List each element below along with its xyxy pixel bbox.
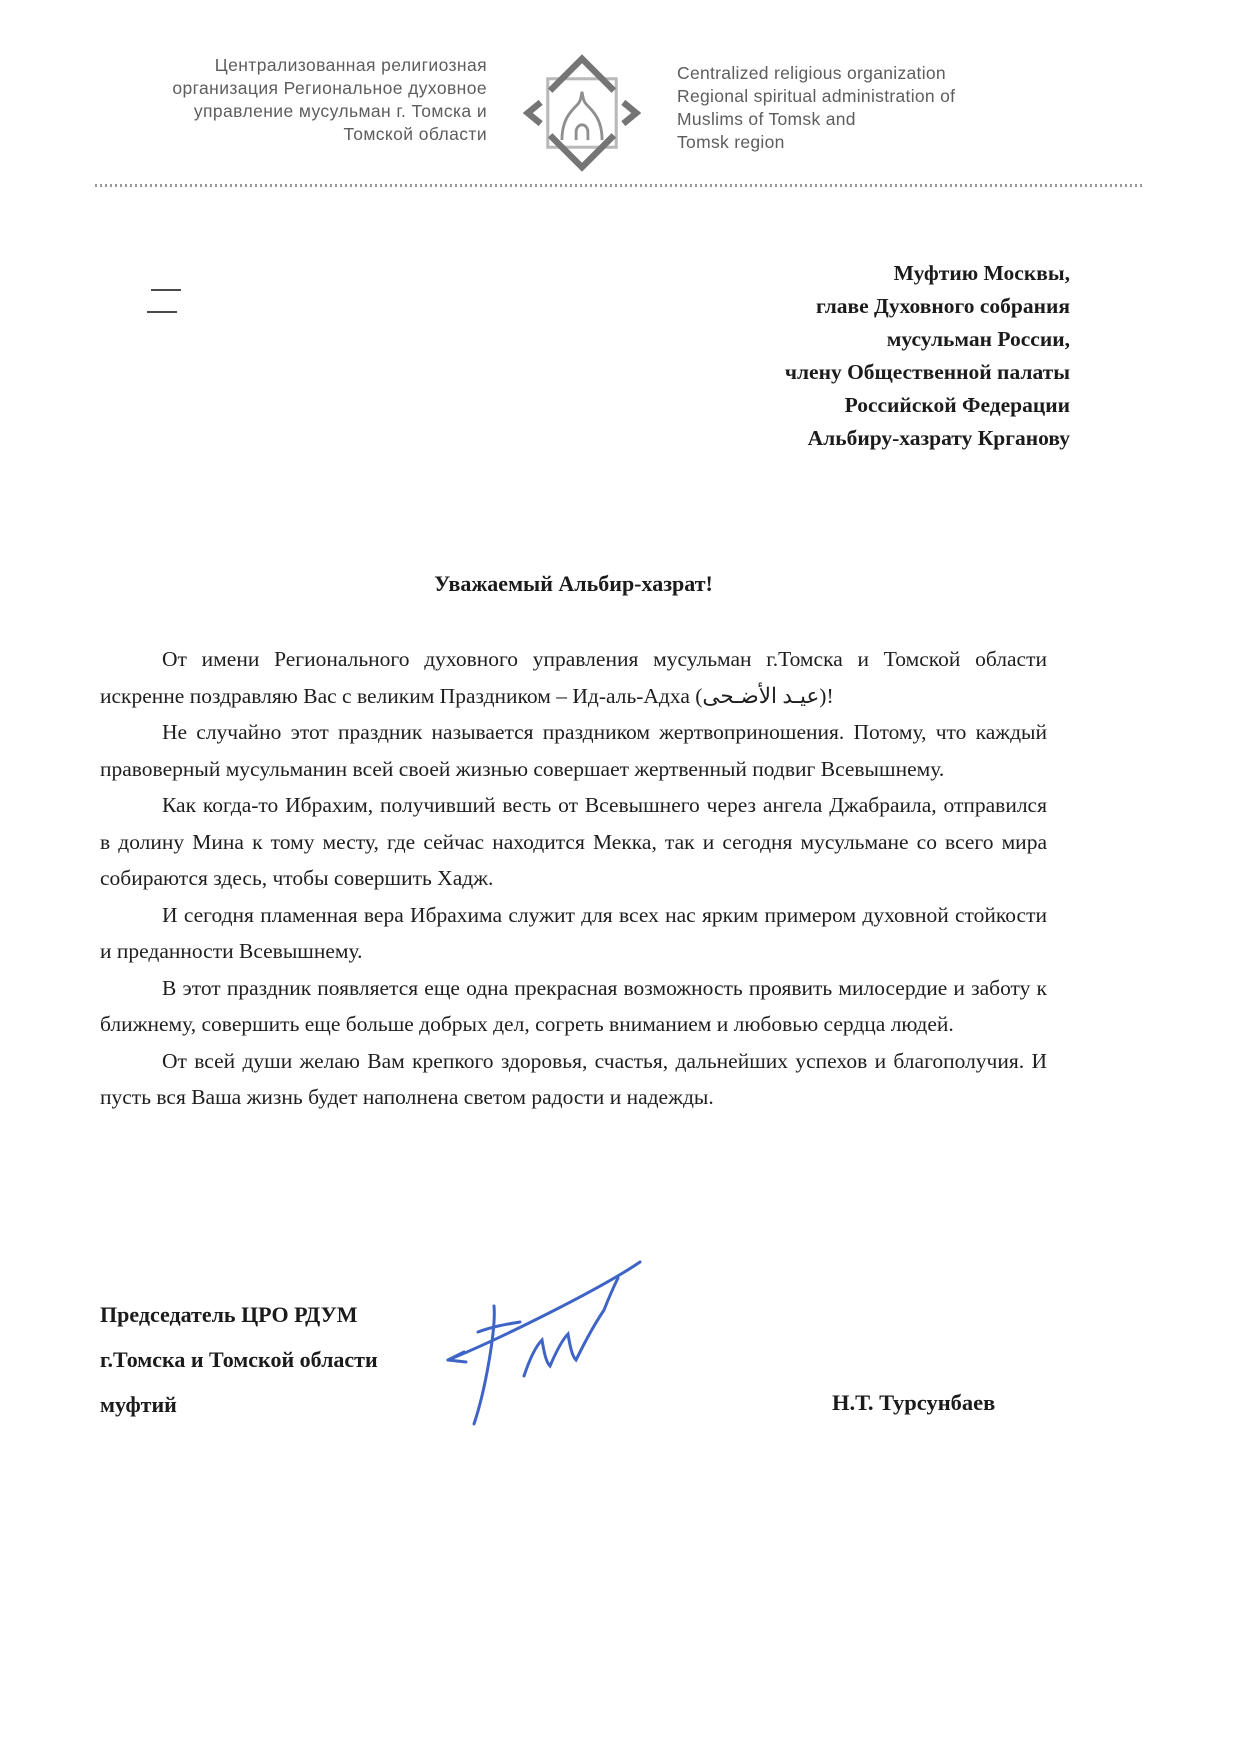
signatory-title-block: Председатель ЦРО РДУМ г.Томска и Томской… <box>100 1292 378 1427</box>
org-name-english: Centralized religious organization Regio… <box>677 54 1007 154</box>
letterhead: Централизованная религиозная организация… <box>0 0 1240 172</box>
mosque-emblem-icon <box>523 54 641 172</box>
org-name-russian-line: Томской области <box>142 123 487 146</box>
scan-dash-mark <box>147 311 177 313</box>
paragraph: Не случайно этот праздник называется пра… <box>100 714 1047 787</box>
letterhead-dotted-rule <box>95 184 1145 187</box>
recipient-block: Муфтию Москвы, главе Духовного собрания … <box>0 257 1070 455</box>
signatory-title-line: муфтий <box>100 1382 378 1427</box>
org-name-russian: Централизованная религиозная организация… <box>142 54 487 146</box>
org-name-russian-line: Централизованная религиозная <box>142 54 487 77</box>
recipient-line: мусульман России, <box>0 323 1070 356</box>
recipient-line: члену Общественной палаты <box>0 356 1070 389</box>
scanned-letter-page: { "header": { "org_name_ru": { "line1": … <box>0 0 1240 1754</box>
org-name-russian-line: организация Региональное духовное <box>142 77 487 100</box>
recipient-line: главе Духовного собрания <box>0 290 1070 323</box>
org-name-english-line: Centralized religious organization <box>677 62 1007 85</box>
org-name-russian-line: управление мусульман г. Томска и <box>142 100 487 123</box>
paragraph: Как когда-то Ибрахим, получивший весть о… <box>100 787 1047 897</box>
recipient-line: Альбиру-хазрату Крганову <box>0 422 1070 455</box>
signatory-name: Н.Т. Турсунбаев <box>832 1390 995 1416</box>
letter-body: От имени Регионального духовного управле… <box>100 641 1047 1116</box>
paragraph: И сегодня пламенная вера Ибрахима служит… <box>100 897 1047 970</box>
salutation: Уважаемый Альбир-хазрат! <box>100 571 1047 597</box>
org-name-english-line: Regional spiritual administration of <box>677 85 1007 108</box>
signatory-title-line: г.Томска и Томской области <box>100 1337 378 1382</box>
paragraph: От всей души желаю Вам крепкого здоровья… <box>100 1043 1047 1116</box>
paragraph: В этот праздник появляется еще одна прек… <box>100 970 1047 1043</box>
recipient-line: Российской Федерации <box>0 389 1070 422</box>
org-name-english-line: Tomsk region <box>677 131 1007 154</box>
scan-dash-mark <box>151 289 181 291</box>
org-name-english-line: Muslims of Tomsk and <box>677 108 1007 131</box>
paragraph: От имени Регионального духовного управле… <box>100 641 1047 714</box>
signatory-title-line: Председатель ЦРО РДУМ <box>100 1292 378 1337</box>
recipient-line: Муфтию Москвы, <box>0 257 1070 290</box>
handwritten-signature <box>412 1248 692 1438</box>
